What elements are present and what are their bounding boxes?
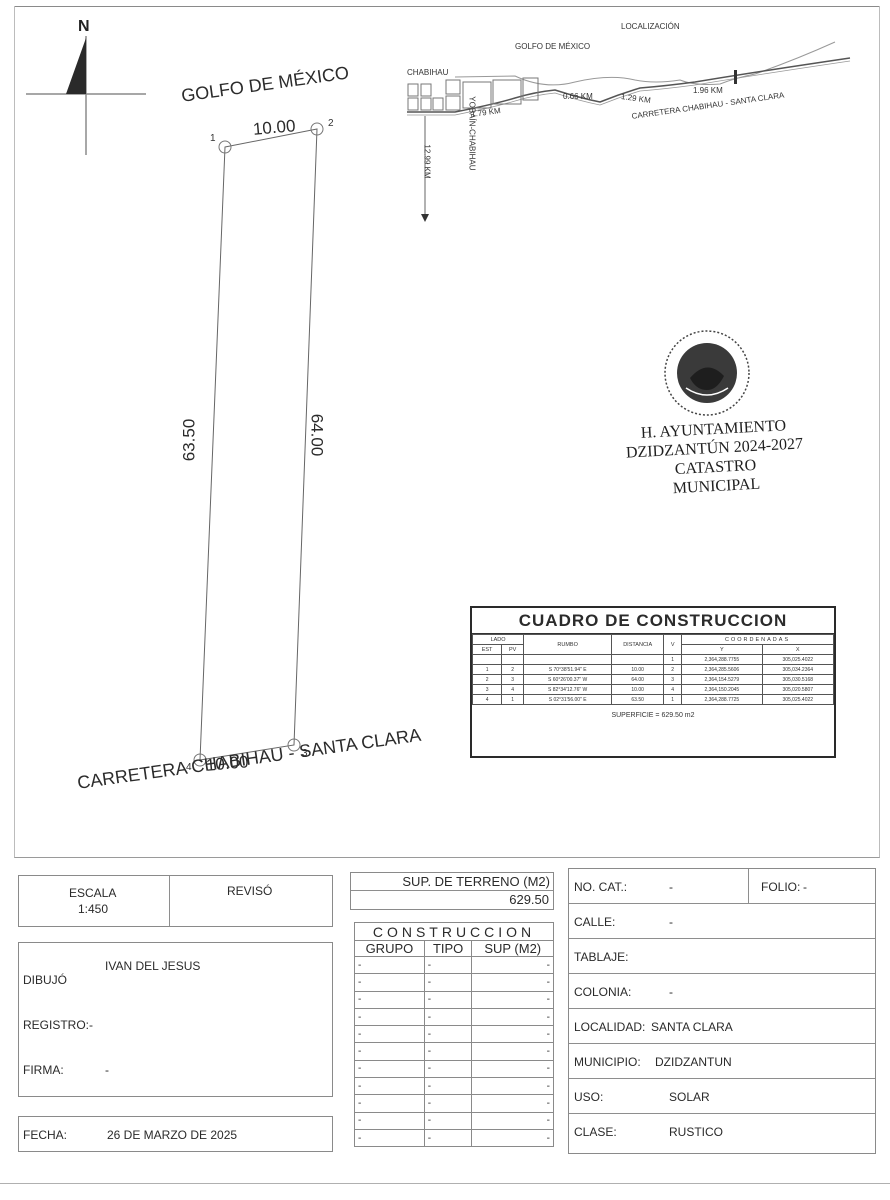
cell-tipo: - [424,1095,472,1112]
construction-row: --- [355,991,554,1008]
edge-right-length: 64.00 [306,414,326,457]
location-town-label: CHABIHAU [407,68,448,77]
dibujo-value: IVAN DEL JESUS [105,959,200,973]
firma-value: - [105,1063,109,1077]
cell-grupo: - [355,1060,425,1077]
cell-tipo: - [424,1008,472,1025]
registro-value: - [89,1018,93,1032]
cell-sup: - [472,991,554,1008]
cell-x: 305,034.2364 [762,665,834,675]
cell-v: 3 [664,675,682,685]
folio-label: FOLIO: [761,880,800,894]
cell-grupo: - [355,1095,425,1112]
edge-top-length: 10.00 [252,116,296,140]
cell-tipo: - [424,1026,472,1043]
reviso-label: REVISÓ [227,884,272,898]
location-side-road-label: YOBAÍN-CHABIHAU [468,96,477,170]
cell-sup: - [472,1026,554,1043]
cell-grupo: - [355,957,425,974]
calle-label: CALLE: [574,915,615,929]
location-sea-label: GOLFO DE MÉXICO [515,42,590,51]
fecha-value: 26 DE MARZO DE 2025 [107,1128,237,1142]
cell-distancia: 64.00 [612,675,664,685]
cell-v: 1 [664,695,682,705]
table-row-start: 1 2,364,288.7755 305,025.4022 [473,655,834,665]
cell-x: 305,025.4022 [762,695,834,705]
construction-row: --- [355,957,554,974]
table-row: 23S 60°26'00.37" W64.0032,364,154.527930… [473,675,834,685]
cell-tipo: - [424,991,472,1008]
cell-y: 2,364,285.5606 [682,665,762,675]
construction-row: --- [355,1129,554,1146]
header-grupo: GRUPO [355,941,425,957]
location-distance-2: 0.66 KM [563,92,593,101]
national-seal-icon [662,328,752,418]
construction-row: --- [355,1008,554,1025]
cell-est: 1 [473,665,502,675]
cell-tipo: - [424,957,472,974]
header-sup: SUP (M2) [472,941,554,957]
construction-row: --- [355,1095,554,1112]
cell-pv: 2 [502,665,524,675]
cell-distancia: 10.00 [612,665,664,675]
clase-label: CLASE: [574,1125,617,1139]
cell-grupo: - [355,1112,425,1129]
construction-table: CUADRO DE CONSTRUCCION LADO RUMBO DISTAN… [470,606,836,758]
table-row: 41S 02°31'56.00" E63.5012,364,288.772530… [473,695,834,705]
construction-row: --- [355,1026,554,1043]
cell-x: 305,020.5807 [762,685,834,695]
location-side-road-distance: 12.99 KM [423,144,432,178]
no-cat-label: NO. CAT.: [574,880,627,894]
cell-v: 4 [664,685,682,695]
header-rumbo: RUMBO [524,635,612,655]
drafter-box: DIBUJÓ IVAN DEL JESUS REGISTRO: - FIRMA:… [18,942,333,1097]
fecha-label: FECHA: [23,1128,67,1142]
colonia-value: - [669,985,673,999]
municipal-stamp: H. AYUNTAMIENTO DZIDZANTÚN 2024-2027 CAT… [610,320,820,520]
calle-value: - [669,915,673,929]
sup-terreno-value: 629.50 [509,892,549,907]
cell-tipo: - [424,1129,472,1146]
localidad-label: LOCALIDAD: [574,1020,645,1034]
header-lado: LADO [473,635,524,645]
colonia-label: COLONIA: [574,985,631,999]
date-box: FECHA: 26 DE MARZO DE 2025 [18,1116,333,1152]
firma-label: FIRMA: [23,1063,64,1077]
location-sketch: LOCALIZACIÓN GOLFO DE MÉXICO CHABIHAU 1.… [395,12,865,232]
header-y: Y [682,645,762,655]
header-tipo: TIPO [424,941,472,957]
cell-grupo: - [355,1129,425,1146]
tablaje-label: TABLAJE: [574,950,628,964]
construction-row: --- [355,1112,554,1129]
construction-row: --- [355,1060,554,1077]
clase-value: RUSTICO [669,1125,723,1139]
cell-y: 2,364,154.5279 [682,675,762,685]
municipio-label: MUNICIPIO: [574,1055,641,1069]
cell-y: 2,364,288.7725 [682,695,762,705]
cell-tipo: - [424,1078,472,1095]
vertex-2-label: 2 [328,118,334,129]
header-distancia: DISTANCIA [612,635,664,655]
cell-sup: - [472,957,554,974]
escala-label: ESCALA [69,886,116,900]
cell-tipo: - [424,974,472,991]
cell-grupo: - [355,991,425,1008]
cell-sup: - [472,974,554,991]
cell-grupo: - [355,1008,425,1025]
land-area-box: SUP. DE TERRENO (M2) 629.50 [350,872,554,910]
cell-tipo: - [424,1043,472,1060]
construction-row: --- [355,1078,554,1095]
superficie-total: SUPERFICIE = 629.50 m2 [472,705,834,727]
header-est: EST [473,645,502,655]
location-map [395,12,865,232]
cell-est: 2 [473,675,502,685]
cell-sup: - [472,1078,554,1095]
header-pv: PV [502,645,524,655]
cell-sup: - [472,1043,554,1060]
cell-grupo: - [355,1026,425,1043]
vertex-1-label: 1 [210,133,216,144]
cell-rumbo: S 82°34'12.76" W [524,685,612,695]
cell-pv: 1 [502,695,524,705]
construction-area-table: CONSTRUCCION GRUPO TIPO SUP (M2) -------… [354,922,554,1147]
cell-sup: - [472,1008,554,1025]
folio-value: - [803,880,807,894]
registro-label: REGISTRO: [23,1018,89,1032]
sheet-bottom-border [0,1183,890,1184]
location-title: LOCALIZACIÓN [621,22,680,31]
cell-est: 3 [473,685,502,695]
cell-distancia: 63.50 [612,695,664,705]
header-x: X [762,645,834,655]
table-row: 34S 82°34'12.76" W10.0042,364,150.204530… [473,685,834,695]
cell-y: 2,364,150.2045 [682,685,762,695]
cell-tipo: - [424,1112,472,1129]
cell-sup: - [472,1112,554,1129]
construction-row: --- [355,974,554,991]
cell-rumbo: S 70°38'51.94" E [524,665,612,675]
uso-label: USO: [574,1090,603,1104]
scale-box: ESCALA 1:450 REVISÓ [18,875,333,927]
cell-pv: 3 [502,675,524,685]
cell-grupo: - [355,1078,425,1095]
construction-table-title: CUADRO DE CONSTRUCCION [472,608,834,634]
construction-row: --- [355,1043,554,1060]
escala-value: 1:450 [78,902,108,916]
dibujo-label: DIBUJÓ [23,973,67,987]
cell-rumbo: S 02°31'56.00" E [524,695,612,705]
cell-x: 305,030.5168 [762,675,834,685]
location-distance-4: 1.96 KM [693,86,723,95]
cell-v: 2 [664,665,682,675]
table-row: 12S 70°38'51.94" E10.0022,364,285.560630… [473,665,834,675]
header-coordenadas: COORDENADAS [682,635,834,645]
cell-grupo: - [355,1043,425,1060]
cell-sup: - [472,1129,554,1146]
cell-distancia: 10.00 [612,685,664,695]
uso-value: SOLAR [669,1090,710,1104]
cell-rumbo: S 60°26'00.37" W [524,675,612,685]
cell-grupo: - [355,974,425,991]
cell-sup: - [472,1060,554,1077]
edge-left-length: 63.50 [179,419,199,462]
construccion-title: CONSTRUCCION [354,922,554,940]
cell-est: 4 [473,695,502,705]
cell-pv: 4 [502,685,524,695]
no-cat-value: - [669,880,673,894]
property-info-box: NO. CAT.: - FOLIO: - CALLE: - TABLAJE: C… [568,868,876,1154]
municipio-value: DZIDZANTUN [655,1055,732,1069]
localidad-value: SANTA CLARA [651,1020,733,1034]
cell-tipo: - [424,1060,472,1077]
cell-sup: - [472,1095,554,1112]
header-v: V [664,635,682,655]
sup-terreno-label: SUP. DE TERRENO (M2) [402,874,550,889]
